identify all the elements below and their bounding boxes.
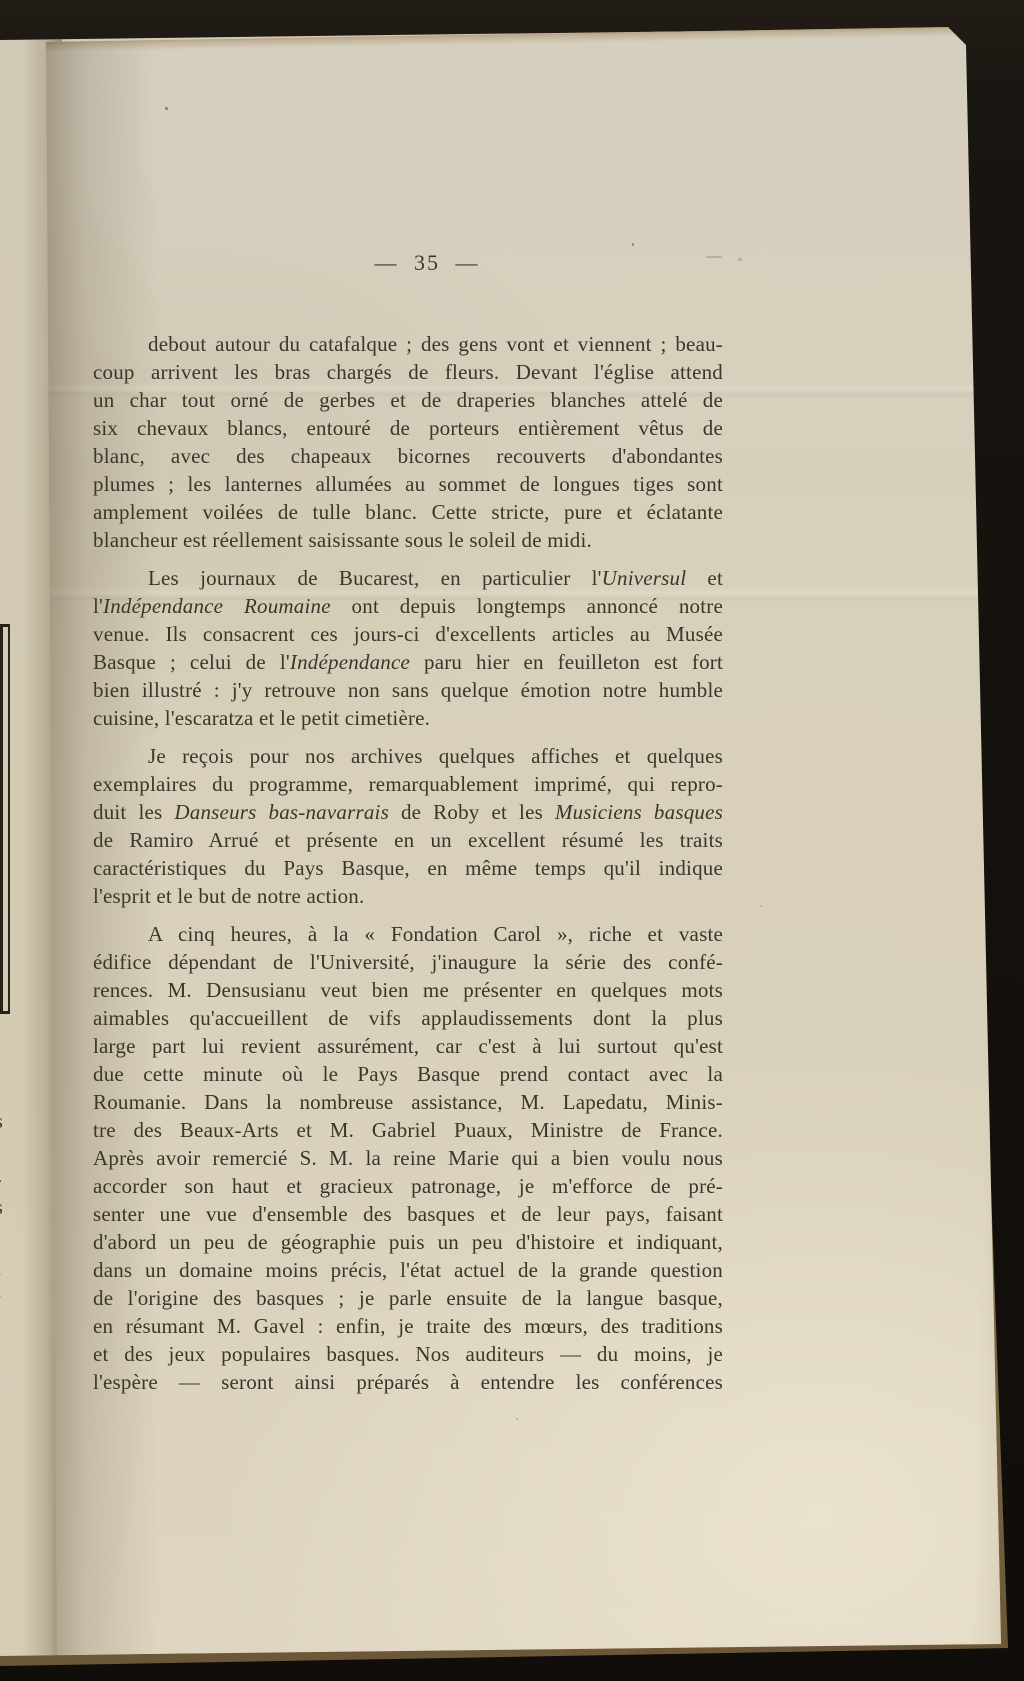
paragraph: debout autour du catafalque ; des gens v… [93, 330, 723, 554]
text-line: Les journaux de Bucarest, en particulier… [93, 564, 723, 592]
text-line: caractéristiques du Pays Basque, en même… [93, 854, 723, 882]
text-line: en résumant M. Gavel : enfin, je traite … [93, 1312, 723, 1340]
text-line: l'esprit et le but de notre action. [93, 882, 723, 910]
text-line: Après avoir remercié S. M. la reine Mari… [93, 1144, 723, 1172]
text-line: cuisine, l'escaratza et le petit cimetiè… [93, 704, 723, 732]
text-line: exemplaires du programme, remarquablemen… [93, 770, 723, 798]
paragraph: Je reçois pour nos archives quelques aff… [93, 742, 723, 910]
text-line: debout autour du catafalque ; des gens v… [93, 330, 723, 358]
text-line: bien illustré : j'y retrouve non sans qu… [93, 676, 723, 704]
right-edge-shadow [904, 0, 1024, 1681]
text-block: debout autour du catafalque ; des gens v… [93, 330, 723, 1396]
text-line: plumes ; les lanternes allumées au somme… [93, 470, 723, 498]
text-line: senter une vue d'ensemble des basques et… [93, 1200, 723, 1228]
text-line: l'espère — seront ainsi préparés à enten… [93, 1368, 723, 1396]
book-page: — 35 — debout autour du catafalque ; des… [0, 0, 1024, 1681]
page-number: — 35 — [127, 250, 727, 276]
text-line: accorder son haut et gracieux patronage,… [93, 1172, 723, 1200]
text-line: dans un domaine moins précis, l'état act… [93, 1256, 723, 1284]
text-line: venue. Ils consacrent ces jours-ci d'exc… [93, 620, 723, 648]
scanned-book-photo: sl-s,tt.l — 35 — debout autour du catafa… [0, 0, 1024, 1681]
paragraph: A cinq heures, à la « Fondation Carol »,… [93, 920, 723, 1396]
text-line: duit les Danseurs bas-navarrais de Roby … [93, 798, 723, 826]
text-line: de l'origine des basques ; je parle ensu… [93, 1284, 723, 1312]
text-line: Je reçois pour nos archives quelques aff… [93, 742, 723, 770]
faint-pencil-mark [706, 256, 722, 258]
text-line: Roumanie. Dans la nombreuse assistance, … [93, 1088, 723, 1116]
text-line: tre des Beaux-Arts et M. Gabriel Puaux, … [93, 1116, 723, 1144]
text-line: A cinq heures, à la « Fondation Carol »,… [93, 920, 723, 948]
text-line: et des jeux populaires basques. Nos audi… [93, 1340, 723, 1368]
text-line: amplement voilées de tulle blanc. Cette … [93, 498, 723, 526]
paper-speck [632, 243, 634, 246]
text-line: coup arrivent les bras chargés de fleurs… [93, 358, 723, 386]
text-line: un char tout orné de gerbes et de draper… [93, 386, 723, 414]
paper-speck [516, 1418, 518, 1420]
text-line: blanc, avec des chapeaux bicornes recouv… [93, 442, 723, 470]
paper-speck [760, 905, 762, 907]
text-line: de Ramiro Arrué et présente en un excell… [93, 826, 723, 854]
text-line: large part lui revient assurément, car c… [93, 1032, 723, 1060]
faint-pencil-mark [738, 258, 742, 261]
gutter-shadow [40, 0, 170, 1681]
text-line: aimables qu'accueillent de vifs applaudi… [93, 1004, 723, 1032]
text-line: rences. M. Densusianu veut bien me prése… [93, 976, 723, 1004]
paragraph: Les journaux de Bucarest, en particulier… [93, 564, 723, 732]
text-line: l'Indépendance Roumaine ont depuis longt… [93, 592, 723, 620]
text-line: édifice dépendant de l'Université, j'ina… [93, 948, 723, 976]
text-line: d'abord un peu de géographie puis un peu… [93, 1228, 723, 1256]
text-line: blancheur est réellement saisissante sou… [93, 526, 723, 554]
text-line: due cette minute où le Pays Basque prend… [93, 1060, 723, 1088]
text-line: Basque ; celui de l'Indépendance paru hi… [93, 648, 723, 676]
text-line: six chevaux blancs, entouré de porteurs … [93, 414, 723, 442]
